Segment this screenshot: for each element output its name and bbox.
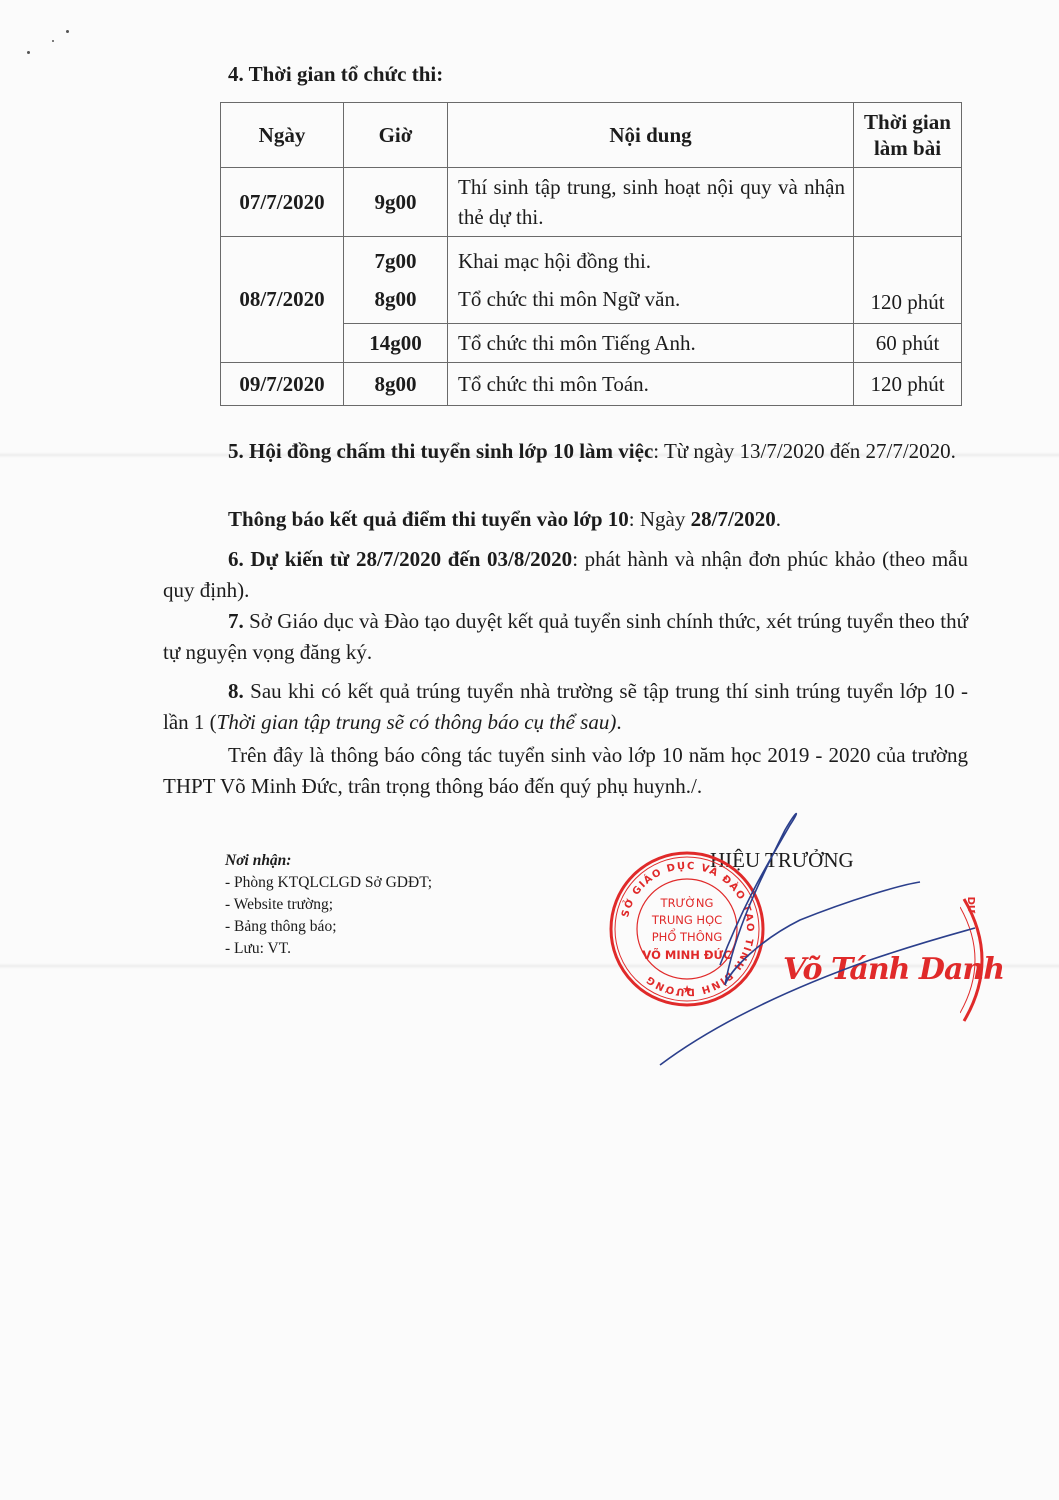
- closing-paragraph: Trên đây là thông báo công tác tuyển sin…: [163, 740, 968, 802]
- header-date: Ngày: [221, 103, 344, 168]
- recipient-item: - Lưu: VT.: [225, 938, 432, 960]
- recipient-item: - Website trường;: [225, 894, 432, 916]
- cell-content: Tổ chức thi môn Tiếng Anh.: [448, 324, 854, 363]
- svg-text:TRUNG HỌC: TRUNG HỌC: [651, 913, 722, 927]
- cell-time: 14g00: [344, 324, 448, 363]
- svg-text:SỞ GIÁO DỤC VÀ ĐÀO TẠO TỈNH BÌ: SỞ GIÁO DỤC VÀ ĐÀO TẠO TỈNH BÌNH DƯƠNG: [620, 861, 755, 997]
- cell-duration: [854, 168, 962, 237]
- section-8-end: .: [616, 710, 621, 734]
- svg-text:BÌNH DƯ: BÌNH DƯ: [965, 895, 978, 914]
- svg-text:★: ★: [682, 984, 692, 996]
- svg-text:PHỔ THÔNG: PHỔ THÔNG: [652, 928, 723, 944]
- paper-speck: [52, 40, 54, 42]
- cell-time: 9g00: [344, 168, 448, 237]
- cell-content: Thí sinh tập trung, sinh hoạt nội quy và…: [448, 168, 854, 237]
- table-row: 07/7/2020 9g00 Thí sinh tập trung, sinh …: [221, 168, 962, 237]
- table-row: 08/7/2020 7g00 8g00 Khai mạc hội đồng th…: [221, 237, 962, 324]
- paper-speck: [27, 51, 30, 54]
- section-5-paragraph: 5. Hội đồng chấm thi tuyển sinh lớp 10 l…: [163, 436, 968, 467]
- cell-content: Tổ chức thi môn Toán.: [448, 363, 854, 406]
- header-duration: Thời gian làm bài: [854, 103, 962, 168]
- recipient-item: - Phòng KTQLCLGD Sở GDĐT;: [225, 872, 432, 894]
- result-date: 28/7/2020: [691, 507, 776, 531]
- result-heading: Thông báo kết quả điểm thi tuyển vào lớp…: [228, 507, 629, 531]
- cell-date: 07/7/2020: [221, 168, 344, 237]
- cell-duration: 60 phút: [854, 324, 962, 363]
- time-value: 8g00: [344, 280, 447, 318]
- closing-text: Trên đây là thông báo công tác tuyển sin…: [163, 743, 968, 798]
- section-6-heading: 6. Dự kiến từ 28/7/2020 đến 03/8/2020: [228, 547, 572, 571]
- exam-schedule-table: Ngày Giờ Nội dung Thời gian làm bài 07/7…: [220, 102, 962, 406]
- header-time: Giờ: [344, 103, 448, 168]
- section-4-title: 4. Thời gian tổ chức thi:: [228, 62, 443, 87]
- content-line: Tổ chức thi môn Ngữ văn.: [458, 280, 845, 318]
- section-5-text: : Từ ngày 13/7/2020 đến 27/7/2020.: [653, 439, 956, 463]
- signer-name: Võ Tánh Danh: [783, 952, 1004, 987]
- official-stamp-icon: SỞ GIÁO DỤC VÀ ĐÀO TẠO TỈNH BÌNH DƯƠNG T…: [608, 850, 766, 1008]
- section-7-paragraph: 7. Sở Giáo dục và Đào tạo duyệt kết quả …: [163, 606, 968, 668]
- cell-date: 09/7/2020: [221, 363, 344, 406]
- section-7-text: Sở Giáo dục và Đào tạo duyệt kết quả tuy…: [163, 609, 968, 664]
- time-value: 7g00: [344, 242, 447, 280]
- cell-time: 8g00: [344, 363, 448, 406]
- section-8-number: 8.: [228, 679, 244, 703]
- result-text: : Ngày: [629, 507, 691, 531]
- table-row: 09/7/2020 8g00 Tổ chức thi môn Toán. 120…: [221, 363, 962, 406]
- result-end: .: [776, 507, 781, 531]
- section-5-heading: 5. Hội đồng chấm thi tuyển sinh lớp 10 l…: [228, 439, 653, 463]
- cell-duration: 120 phút: [854, 363, 962, 406]
- section-7-number: 7.: [228, 609, 244, 633]
- cell-date: 08/7/2020: [221, 237, 344, 363]
- section-6-paragraph: 6. Dự kiến từ 28/7/2020 đến 03/8/2020: p…: [163, 544, 968, 606]
- cell-time: 7g00 8g00: [344, 237, 448, 324]
- recipient-item: - Bảng thông báo;: [225, 916, 432, 938]
- paper-speck: [66, 30, 69, 33]
- content-line: Khai mạc hội đồng thi.: [458, 242, 845, 280]
- result-announcement: Thông báo kết quả điểm thi tuyển vào lớp…: [163, 504, 968, 535]
- recipients-block: Nơi nhận: - Phòng KTQLCLGD Sở GDĐT; - We…: [225, 850, 432, 960]
- header-content: Nội dung: [448, 103, 854, 168]
- svg-text:VÕ MINH ĐỨC: VÕ MINH ĐỨC: [642, 947, 731, 962]
- cell-content: Khai mạc hội đồng thi. Tổ chức thi môn N…: [448, 237, 854, 324]
- section-8-italic: Thời gian tập trung sẽ có thông báo cụ t…: [217, 710, 617, 734]
- section-8-paragraph: 8. Sau khi có kết quả trúng tuyển nhà tr…: [163, 676, 968, 738]
- table-header-row: Ngày Giờ Nội dung Thời gian làm bài: [221, 103, 962, 168]
- recipients-label: Nơi nhận:: [225, 850, 432, 872]
- cell-duration: 120 phút: [854, 237, 962, 324]
- svg-text:TRƯỜNG: TRƯỜNG: [660, 895, 714, 910]
